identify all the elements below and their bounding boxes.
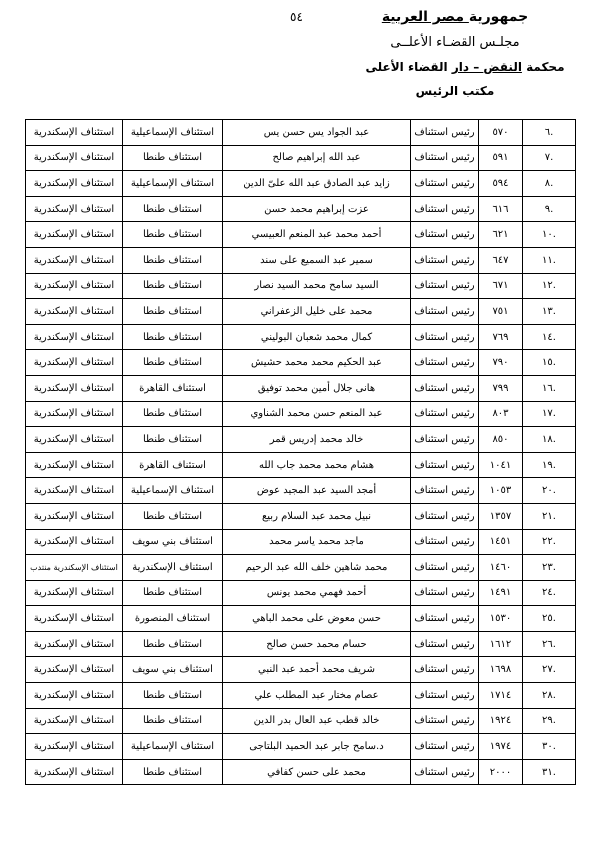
table-row: .٢٣١٤٦٠رئيس استئنافمحمد شاهين خلف الله ع…	[26, 555, 576, 581]
assigned-court-cell: استئناف الإسكندرية	[26, 478, 123, 504]
row-index-cell: .٢٧	[523, 657, 576, 683]
job-title-cell: رئيس استئناف	[411, 708, 479, 734]
table-row: .٢١١٣٥٧رئيس استئنافنبيل محمد عبد السلام …	[26, 503, 576, 529]
judge-name-cell: محمد على حسن كفافي	[223, 759, 411, 785]
row-index-cell: .٢٩	[523, 708, 576, 734]
table-row: .١٩١٠٤١رئيس استئنافهشام محمد محمد جاب ال…	[26, 452, 576, 478]
assigned-court-cell: استئناف الإسكندرية	[26, 120, 123, 146]
office-heading: مكتب الرئيس	[355, 84, 555, 98]
row-index-cell: .٢٢	[523, 529, 576, 555]
assigned-court-cell: استئناف الإسكندرية	[26, 299, 123, 325]
country-heading: جمهورية مصر العربية	[355, 9, 555, 25]
judge-name-cell: شريف محمد أحمد عبد النبي	[223, 657, 411, 683]
current-court-cell: استئناف القاهرة	[123, 452, 223, 478]
judges-table-body: .٦٥٧٠رئيس استئنافعبد الجواد يس حسن يساست…	[26, 120, 576, 785]
court-middle: – دار	[452, 60, 484, 74]
job-title-cell: رئيس استئناف	[411, 427, 479, 453]
seniority-number-cell: ٨٠٣	[479, 401, 523, 427]
job-title-cell: رئيس استئناف	[411, 171, 479, 197]
seniority-number-cell: ١٤٦٠	[479, 555, 523, 581]
table-row: .١٨٨٥٠رئيس استئنافخالد محمد إدريس قمراست…	[26, 427, 576, 453]
assigned-court-cell: استئناف الإسكندرية	[26, 503, 123, 529]
judge-name-cell: عبد الله إبراهيم صالح	[223, 145, 411, 171]
seniority-number-cell: ١٥٣٠	[479, 606, 523, 632]
assigned-court-cell: استئناف الإسكندرية	[26, 683, 123, 709]
seniority-number-cell: ٧٩٩	[479, 375, 523, 401]
job-title-cell: رئيس استئناف	[411, 452, 479, 478]
current-court-cell: استئناف بني سويف	[123, 657, 223, 683]
seniority-number-cell: ٢٠٠٠	[479, 759, 523, 785]
assigned-court-cell: استئناف الإسكندرية منتدب	[26, 555, 123, 581]
table-row: .١٣٧٥١رئيس استئنافمحمد على خليل الزعفران…	[26, 299, 576, 325]
table-row: .١٤٧٦٩رئيس استئنافكمال محمد شعبان البولي…	[26, 324, 576, 350]
assigned-court-cell: استئناف الإسكندرية	[26, 529, 123, 555]
assigned-court-cell: استئناف الإسكندرية	[26, 350, 123, 376]
table-row: .٧٥٩١رئيس استئنافعبد الله إبراهيم صالحاس…	[26, 145, 576, 171]
current-court-cell: استئناف القاهرة	[123, 375, 223, 401]
row-index-cell: .١١	[523, 247, 576, 273]
assigned-court-cell: استئناف الإسكندرية	[26, 401, 123, 427]
judge-name-cell: د.سامح جابر عبد الحميد البلتاجى	[223, 734, 411, 760]
row-index-cell: .٩	[523, 196, 576, 222]
assigned-court-cell: استئناف الإسكندرية	[26, 734, 123, 760]
seniority-number-cell: ٨٥٠	[479, 427, 523, 453]
seniority-number-cell: ٦١٦	[479, 196, 523, 222]
table-row: .٢٦١٦١٢رئيس استئنافحسام محمد حسن صالحاست…	[26, 631, 576, 657]
seniority-number-cell: ١٩٧٤	[479, 734, 523, 760]
row-index-cell: .١٩	[523, 452, 576, 478]
judge-name-cell: عبد الجواد يس حسن يس	[223, 120, 411, 146]
judges-table: .٦٥٧٠رئيس استئنافعبد الجواد يس حسن يساست…	[25, 119, 576, 785]
table-row: .١٢٦٧١رئيس استئنافالسيد سامح محمد السيد …	[26, 273, 576, 299]
judge-name-cell: محمد على خليل الزعفراني	[223, 299, 411, 325]
assigned-court-cell: استئناف الإسكندرية	[26, 580, 123, 606]
judge-name-cell: نبيل محمد عبد السلام ربيع	[223, 503, 411, 529]
council-heading: مجلـس القضـاء الأعلــى	[355, 35, 555, 50]
current-court-cell: استئناف طنطا	[123, 350, 223, 376]
seniority-number-cell: ٧٩٠	[479, 350, 523, 376]
job-title-cell: رئيس استئناف	[411, 683, 479, 709]
table-row: .٢٥١٥٣٠رئيس استئنافحسن معوض على محمد الب…	[26, 606, 576, 632]
judge-name-cell: عبد المنعم حسن محمد الشناوي	[223, 401, 411, 427]
assigned-court-cell: استئناف الإسكندرية	[26, 247, 123, 273]
job-title-cell: رئيس استئناف	[411, 247, 479, 273]
table-row: .٣١٢٠٠٠رئيس استئنافمحمد على حسن كفافياست…	[26, 759, 576, 785]
job-title-cell: رئيس استئناف	[411, 503, 479, 529]
current-court-cell: استئناف طنطا	[123, 683, 223, 709]
job-title-cell: رئيس استئناف	[411, 759, 479, 785]
judge-name-cell: أحمد محمد عبد المنعم العبيسي	[223, 222, 411, 248]
job-title-cell: رئيس استئناف	[411, 145, 479, 171]
judge-name-cell: كمال محمد شعبان البوليني	[223, 324, 411, 350]
judge-name-cell: سمير عبد السميع على سند	[223, 247, 411, 273]
judge-name-cell: خالد محمد إدريس قمر	[223, 427, 411, 453]
seniority-number-cell: ٦٧١	[479, 273, 523, 299]
current-court-cell: استئناف طنطا	[123, 401, 223, 427]
job-title-cell: رئيس استئناف	[411, 273, 479, 299]
document-header: ٥٤ جمهورية مصر العربية مجلـس القضـاء الأ…	[0, 0, 595, 112]
table-row: .٢٨١٧١٤رئيس استئنافعصام مختار عبد المطلب…	[26, 683, 576, 709]
seniority-number-cell: ٧٦٩	[479, 324, 523, 350]
current-court-cell: استئناف طنطا	[123, 196, 223, 222]
current-court-cell: استئناف طنطا	[123, 580, 223, 606]
job-title-cell: رئيس استئناف	[411, 529, 479, 555]
court-heading: محكمة النقض – دار القضاء الأعلى	[355, 60, 575, 74]
table-row: .١٦٧٩٩رئيس استئنافهانى جلال أمين محمد تو…	[26, 375, 576, 401]
row-index-cell: .١٣	[523, 299, 576, 325]
job-title-cell: رئيس استئناف	[411, 657, 479, 683]
current-court-cell: استئناف الإسماعيلية	[123, 734, 223, 760]
current-court-cell: استئناف الإسماعيلية	[123, 120, 223, 146]
seniority-number-cell: ٦٤٧	[479, 247, 523, 273]
table-row: .١٥٧٩٠رئيس استئنافعبد الحكيم محمد محمد ح…	[26, 350, 576, 376]
job-title-cell: رئيس استئناف	[411, 196, 479, 222]
row-index-cell: .٢٠	[523, 478, 576, 504]
assigned-court-cell: استئناف الإسكندرية	[26, 375, 123, 401]
seniority-number-cell: ٦٢١	[479, 222, 523, 248]
seniority-number-cell: ١٠٤١	[479, 452, 523, 478]
assigned-court-cell: استئناف الإسكندرية	[26, 759, 123, 785]
assigned-court-cell: استئناف الإسكندرية	[26, 145, 123, 171]
seniority-number-cell: ٥٩٤	[479, 171, 523, 197]
job-title-cell: رئيس استئناف	[411, 606, 479, 632]
table-row: .٦٥٧٠رئيس استئنافعبد الجواد يس حسن يساست…	[26, 120, 576, 146]
seniority-number-cell: ١٣٥٧	[479, 503, 523, 529]
seniority-number-cell: ١٤٥١	[479, 529, 523, 555]
current-court-cell: استئناف طنطا	[123, 708, 223, 734]
assigned-court-cell: استئناف الإسكندرية	[26, 273, 123, 299]
assigned-court-cell: استئناف الإسكندرية	[26, 657, 123, 683]
judge-name-cell: عزت إبراهيم محمد حسن	[223, 196, 411, 222]
judge-name-cell: حسام محمد حسن صالح	[223, 631, 411, 657]
court-name: النقض	[483, 60, 522, 74]
assigned-court-cell: استئناف الإسكندرية	[26, 606, 123, 632]
table-row: .١١٦٤٧رئيس استئنافسمير عبد السميع على سن…	[26, 247, 576, 273]
current-court-cell: استئناف الإسماعيلية	[123, 478, 223, 504]
row-index-cell: .٧	[523, 145, 576, 171]
page-number: ٥٤	[290, 10, 303, 24]
current-court-cell: استئناف طنطا	[123, 299, 223, 325]
table-row: .١٧٨٠٣رئيس استئنافعبد المنعم حسن محمد ال…	[26, 401, 576, 427]
job-title-cell: رئيس استئناف	[411, 631, 479, 657]
row-index-cell: .٢١	[523, 503, 576, 529]
assigned-court-cell: استئناف الإسكندرية	[26, 427, 123, 453]
job-title-cell: رئيس استئناف	[411, 350, 479, 376]
row-index-cell: .٦	[523, 120, 576, 146]
seniority-number-cell: ٥٧٠	[479, 120, 523, 146]
judge-name-cell: عبد الحكيم محمد محمد حشيش	[223, 350, 411, 376]
current-court-cell: استئناف طنطا	[123, 324, 223, 350]
country-name: مصر العربية	[382, 9, 469, 25]
job-title-cell: رئيس استئناف	[411, 401, 479, 427]
current-court-cell: استئناف الإسماعيلية	[123, 171, 223, 197]
job-title-cell: رئيس استئناف	[411, 734, 479, 760]
assigned-court-cell: استئناف الإسكندرية	[26, 452, 123, 478]
current-court-cell: استئناف المنصورة	[123, 606, 223, 632]
assigned-court-cell: استئناف الإسكندرية	[26, 171, 123, 197]
row-index-cell: .١٠	[523, 222, 576, 248]
judge-name-cell: محمد شاهين خلف الله عبد الرحيم	[223, 555, 411, 581]
table-row: .٢٠١٠٥٣رئيس استئنافأمجد السيد عبد المجيد…	[26, 478, 576, 504]
judge-name-cell: ماجد محمد ياسر محمد	[223, 529, 411, 555]
table-row: .٢٧١٦٩٨رئيس استئنافشريف محمد أحمد عبد ال…	[26, 657, 576, 683]
row-index-cell: .٢٤	[523, 580, 576, 606]
table-row: .٢٩١٩٢٤رئيس استئنافخالد قطب عبد العال بد…	[26, 708, 576, 734]
row-index-cell: .٢٦	[523, 631, 576, 657]
assigned-court-cell: استئناف الإسكندرية	[26, 631, 123, 657]
table-row: .٢٤١٤٩١رئيس استئنافأحمد فهمي محمد يونساس…	[26, 580, 576, 606]
row-index-cell: .١٧	[523, 401, 576, 427]
judge-name-cell: هشام محمد محمد جاب الله	[223, 452, 411, 478]
row-index-cell: .٢٨	[523, 683, 576, 709]
row-index-cell: .١٥	[523, 350, 576, 376]
judge-name-cell: عصام مختار عبد المطلب علي	[223, 683, 411, 709]
table-row: .٩٦١٦رئيس استئنافعزت إبراهيم محمد حسناست…	[26, 196, 576, 222]
current-court-cell: استئناف طنطا	[123, 427, 223, 453]
assigned-court-cell: استئناف الإسكندرية	[26, 324, 123, 350]
current-court-cell: استئناف بني سويف	[123, 529, 223, 555]
court-suffix: القضاء الأعلى	[365, 60, 451, 74]
job-title-cell: رئيس استئناف	[411, 478, 479, 504]
table-row: .٣٠١٩٧٤رئيس استئنافد.سامح جابر عبد الحمي…	[26, 734, 576, 760]
assigned-court-cell: استئناف الإسكندرية	[26, 708, 123, 734]
current-court-cell: استئناف طنطا	[123, 247, 223, 273]
row-index-cell: .١٤	[523, 324, 576, 350]
row-index-cell: .١٢	[523, 273, 576, 299]
job-title-cell: رئيس استئناف	[411, 222, 479, 248]
judge-name-cell: خالد قطب عبد العال بدر الدين	[223, 708, 411, 734]
job-title-cell: رئيس استئناف	[411, 120, 479, 146]
table-row: .٢٢١٤٥١رئيس استئنافماجد محمد ياسر محمداس…	[26, 529, 576, 555]
current-court-cell: استئناف طنطا	[123, 222, 223, 248]
assigned-court-cell: استئناف الإسكندرية	[26, 222, 123, 248]
current-court-cell: استئناف طنطا	[123, 273, 223, 299]
seniority-number-cell: ١٠٥٣	[479, 478, 523, 504]
judge-name-cell: حسن معوض على محمد الباهي	[223, 606, 411, 632]
current-court-cell: استئناف طنطا	[123, 503, 223, 529]
table-row: .٨٥٩٤رئيس استئنافزايد عبد الصادق عبد الل…	[26, 171, 576, 197]
current-court-cell: استئناف الإسكندرية	[123, 555, 223, 581]
row-index-cell: .١٨	[523, 427, 576, 453]
job-title-cell: رئيس استئناف	[411, 580, 479, 606]
seniority-number-cell: ١٩٢٤	[479, 708, 523, 734]
judge-name-cell: السيد سامح محمد السيد نصار	[223, 273, 411, 299]
assigned-court-cell: استئناف الإسكندرية	[26, 196, 123, 222]
judge-name-cell: أمجد السيد عبد المجيد عوض	[223, 478, 411, 504]
row-index-cell: .١٦	[523, 375, 576, 401]
row-index-cell: .٢٥	[523, 606, 576, 632]
row-index-cell: .٣٠	[523, 734, 576, 760]
job-title-cell: رئيس استئناف	[411, 375, 479, 401]
country-prefix: جمهورية	[469, 9, 528, 25]
seniority-number-cell: ١٧١٤	[479, 683, 523, 709]
seniority-number-cell: ٥٩١	[479, 145, 523, 171]
table-row: .١٠٦٢١رئيس استئنافأحمد محمد عبد المنعم ا…	[26, 222, 576, 248]
judge-name-cell: أحمد فهمي محمد يونس	[223, 580, 411, 606]
seniority-number-cell: ١٦٩٨	[479, 657, 523, 683]
judge-name-cell: زايد عبد الصادق عبد الله علىّ الدين	[223, 171, 411, 197]
job-title-cell: رئيس استئناف	[411, 324, 479, 350]
row-index-cell: .٣١	[523, 759, 576, 785]
judge-name-cell: هانى جلال أمين محمد توفيق	[223, 375, 411, 401]
current-court-cell: استئناف طنطا	[123, 145, 223, 171]
job-title-cell: رئيس استئناف	[411, 555, 479, 581]
current-court-cell: استئناف طنطا	[123, 759, 223, 785]
seniority-number-cell: ٧٥١	[479, 299, 523, 325]
seniority-number-cell: ١٦١٢	[479, 631, 523, 657]
job-title-cell: رئيس استئناف	[411, 299, 479, 325]
row-index-cell: .٢٣	[523, 555, 576, 581]
seniority-number-cell: ١٤٩١	[479, 580, 523, 606]
row-index-cell: .٨	[523, 171, 576, 197]
current-court-cell: استئناف طنطا	[123, 631, 223, 657]
court-prefix: محكمة	[522, 60, 565, 74]
